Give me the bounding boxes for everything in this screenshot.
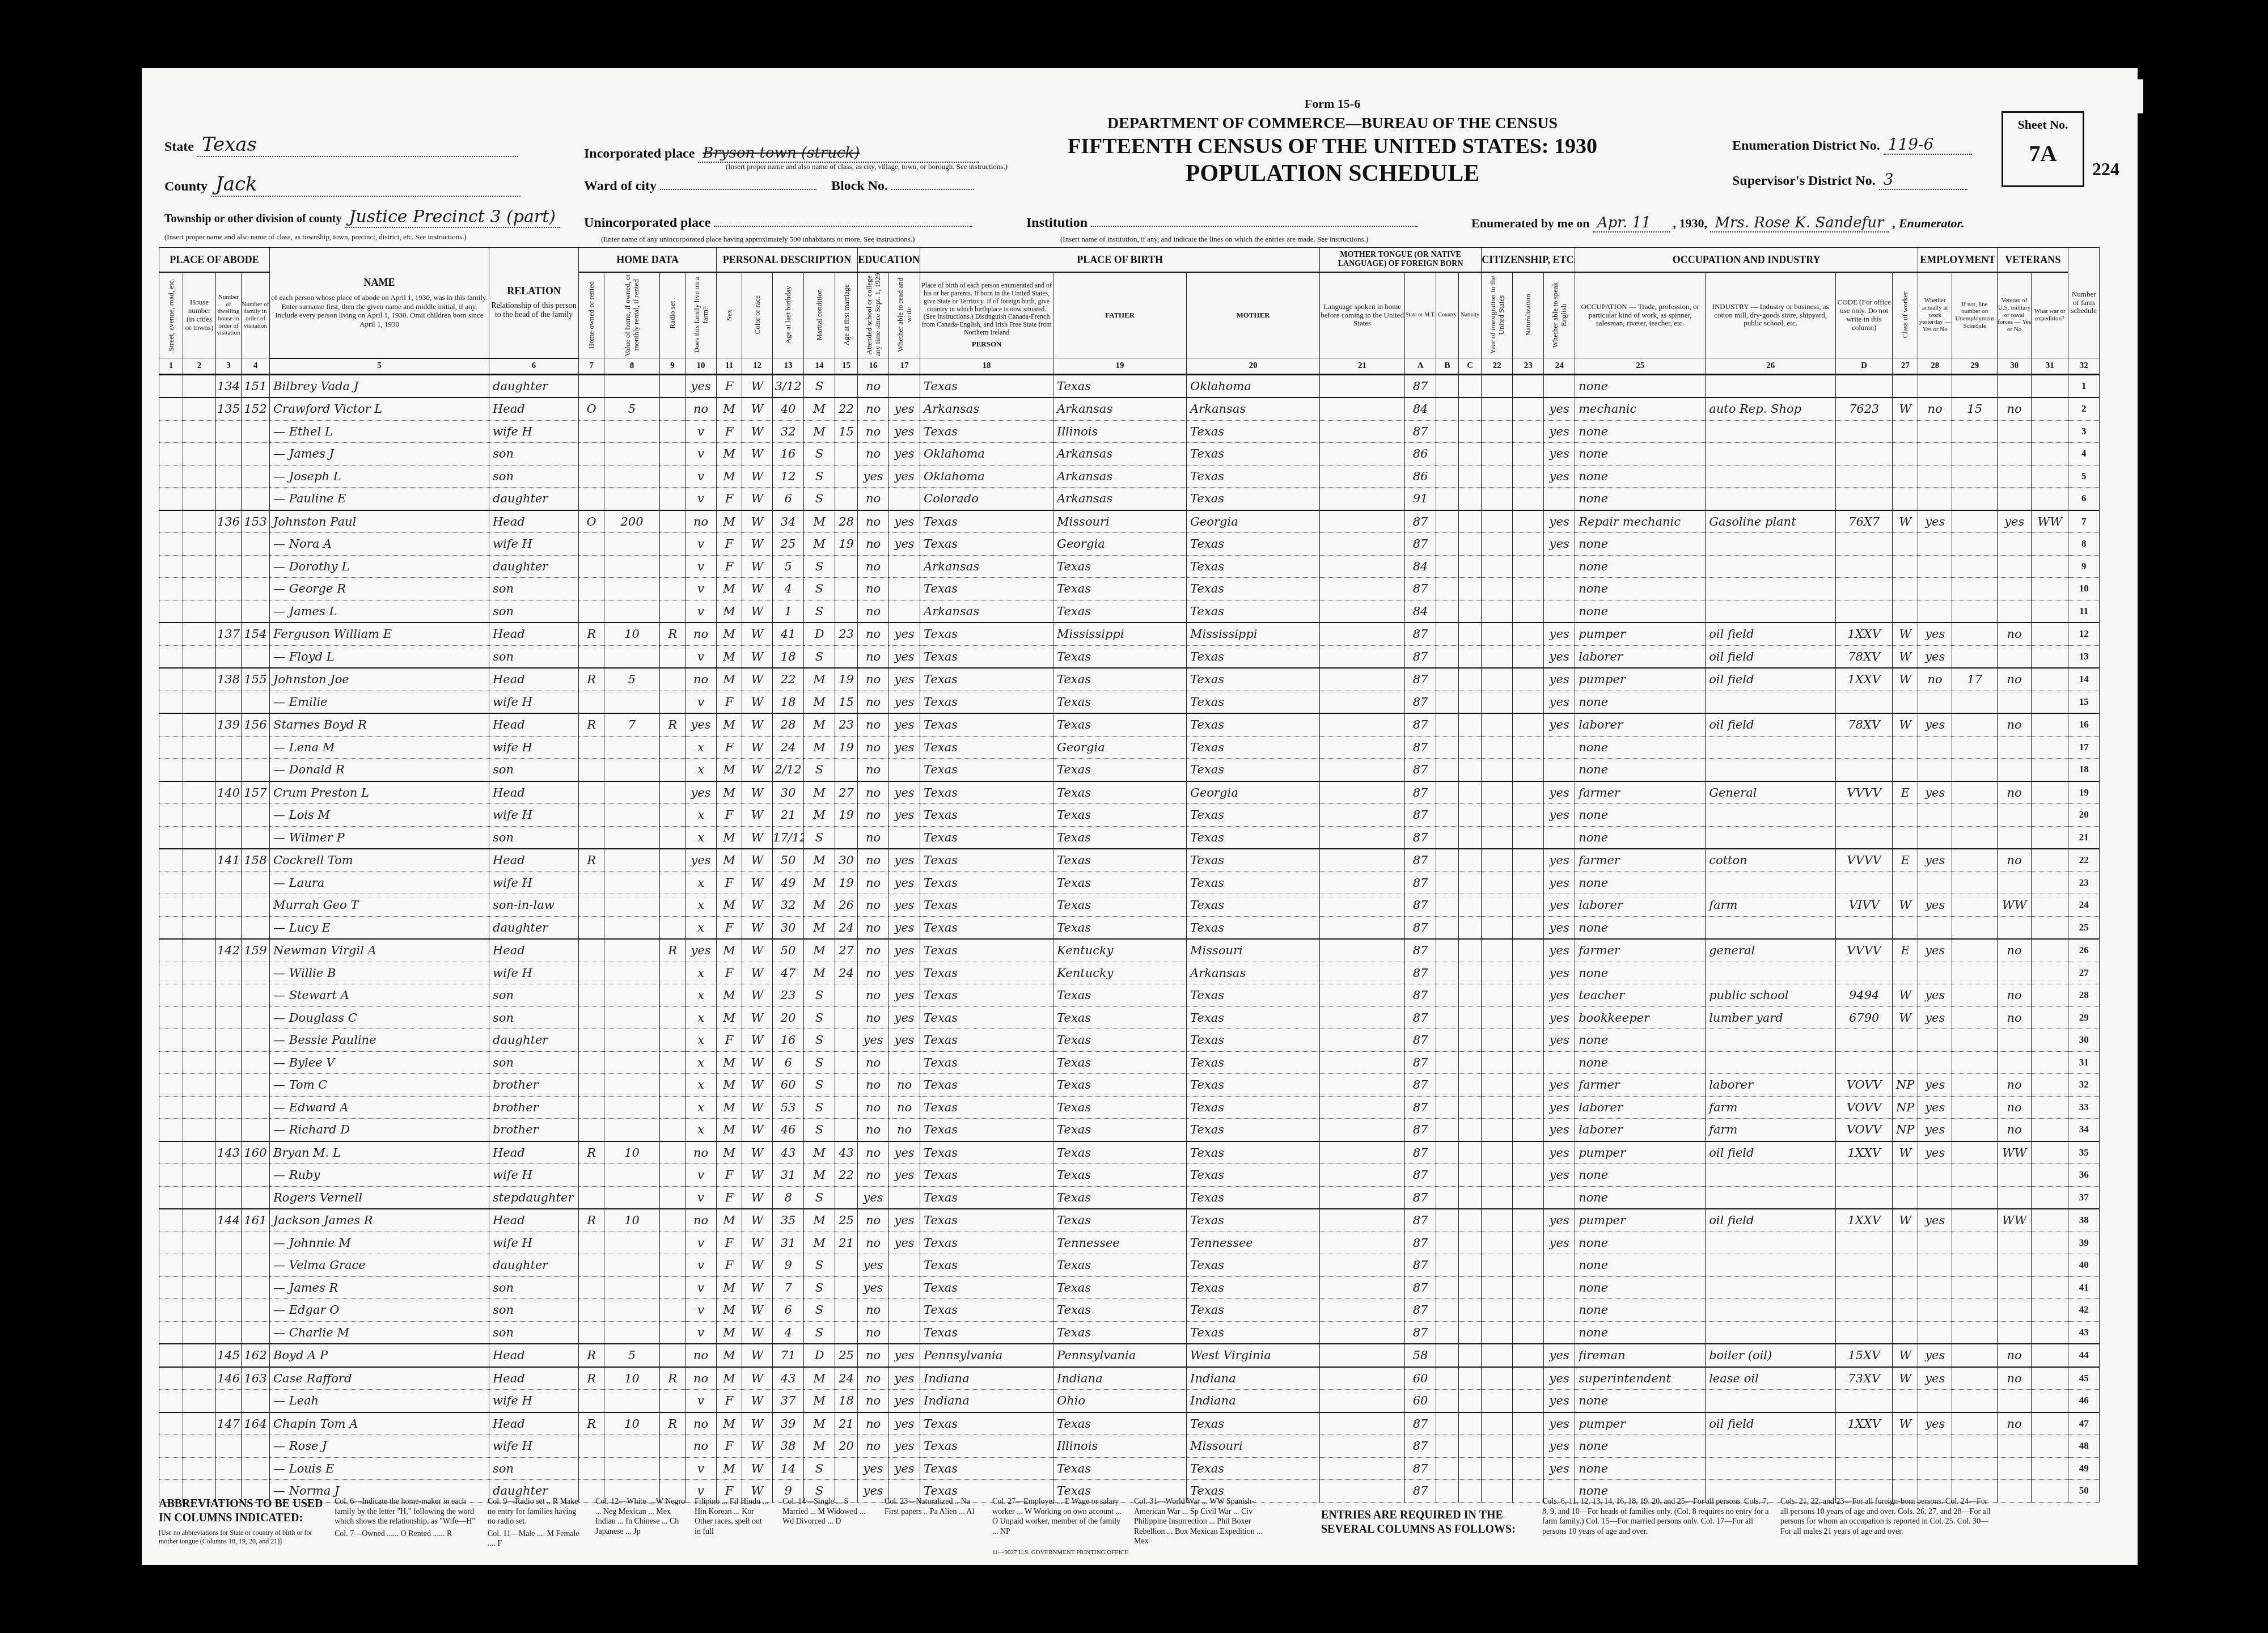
language-cell: [1320, 691, 1405, 713]
enumerated-date: Apr. 11: [1593, 214, 1670, 232]
dwelling-number-cell: [216, 488, 242, 510]
nativity-code-cell: [1459, 397, 1482, 420]
line-number-cell: 17: [2068, 736, 2100, 759]
dwelling-number-cell: 142: [216, 939, 242, 962]
birthplace-mother-cell: Texas: [1187, 600, 1320, 623]
house-number-cell: [183, 1074, 216, 1097]
unemployment-line-cell: [1952, 1299, 1998, 1322]
immigration-year-cell: [1482, 781, 1513, 804]
relation-cell: Head: [489, 713, 579, 736]
birthplace-mother-cell: Texas: [1187, 1412, 1320, 1435]
state-code-cell: 84: [1405, 600, 1436, 623]
farm-cell: v: [686, 1164, 717, 1187]
language-cell: [1320, 645, 1405, 668]
read-write-cell: [889, 578, 920, 600]
birthplace-father-cell: Texas: [1053, 1051, 1187, 1074]
birthplace-person-cell: Texas: [920, 713, 1053, 736]
street-cell: [159, 420, 183, 443]
col-age-first-marriage: Age at first marriage: [835, 272, 858, 358]
column-number: 3: [216, 358, 242, 375]
house-number-cell: [183, 1299, 216, 1322]
home-owned-cell: [579, 736, 604, 759]
nativity-code-cell: [1459, 759, 1482, 781]
house-number-cell: [183, 533, 216, 556]
industry-cell: [1706, 691, 1836, 713]
nativity-code-cell: [1459, 1232, 1482, 1254]
home-owned-cell: [579, 488, 604, 510]
speak-english-cell: yes: [1544, 1390, 1575, 1412]
war-cell: [2032, 713, 2068, 736]
unemployment-line-cell: [1952, 984, 1998, 1007]
marital-cell: M: [804, 962, 835, 984]
birthplace-mother-cell: Georgia: [1187, 781, 1320, 804]
street-cell: [159, 1299, 183, 1322]
table-row: — Pauline EdaughtervFW6SnoColoradoArkans…: [159, 488, 2100, 510]
language-cell: [1320, 1096, 1405, 1119]
occupation-code-cell: [1836, 533, 1893, 556]
nativity-code-cell: [1459, 1254, 1482, 1277]
age-first-marriage-cell: 23: [835, 623, 858, 645]
birthplace-mother-cell: Texas: [1187, 465, 1320, 488]
war-cell: [2032, 1164, 2068, 1187]
radio-cell: [660, 533, 686, 556]
naturalization-cell: [1513, 1074, 1544, 1097]
unemployment-line-cell: [1952, 1367, 1998, 1390]
farm-cell: x: [686, 962, 717, 984]
birthplace-father-cell: Illinois: [1053, 420, 1187, 443]
family-number-cell: 156: [242, 713, 270, 736]
occupation-cell: none: [1575, 555, 1706, 578]
state-code-cell: 58: [1405, 1344, 1436, 1367]
race-cell: W: [742, 939, 773, 962]
immigration-year-cell: [1482, 668, 1513, 691]
table-row: 137154Ferguson William EHeadR10RnoMW41D2…: [159, 623, 2100, 645]
home-value-cell: [604, 1232, 660, 1254]
state-code-cell: 87: [1405, 1299, 1436, 1322]
occupation-cell: none: [1575, 916, 1706, 939]
naturalization-cell: [1513, 1006, 1544, 1029]
immigration-year-cell: [1482, 1141, 1513, 1164]
school-cell: no: [858, 397, 889, 420]
age-cell: 60: [773, 1074, 804, 1097]
farm-cell: no: [686, 1412, 717, 1435]
race-cell: W: [742, 578, 773, 600]
read-write-cell: yes: [889, 623, 920, 645]
radio-cell: [660, 1051, 686, 1074]
birthplace-mother-cell: Texas: [1187, 533, 1320, 556]
birthplace-person-cell: Texas: [920, 1096, 1053, 1119]
marital-cell: S: [804, 488, 835, 510]
sex-cell: M: [717, 984, 742, 1007]
group-occupation: OCCUPATION AND INDUSTRY: [1575, 248, 1918, 273]
school-cell: no: [858, 984, 889, 1007]
at-work-cell: [1918, 488, 1952, 510]
family-number-cell: [242, 645, 270, 668]
age-cell: 18: [773, 645, 804, 668]
country-code-cell: [1436, 849, 1459, 872]
veteran-cell: [1998, 555, 2032, 578]
occupation-cell: laborer: [1575, 1096, 1706, 1119]
sex-cell: M: [717, 397, 742, 420]
street-cell: [159, 1051, 183, 1074]
class-of-worker-cell: [1893, 916, 1918, 939]
birthplace-father-cell: Texas: [1053, 1096, 1187, 1119]
occupation-code-cell: 7623: [1836, 397, 1893, 420]
school-cell: no: [858, 759, 889, 781]
table-row: — Willie Bwife HxFW47M24noyesTexasKentuc…: [159, 962, 2100, 984]
race-cell: W: [742, 1186, 773, 1209]
birthplace-father-cell: Georgia: [1053, 533, 1187, 556]
line-number-cell: 33: [2068, 1096, 2100, 1119]
sex-cell: M: [717, 1276, 742, 1299]
country-code-cell: [1436, 894, 1459, 917]
at-work-cell: yes: [1918, 1074, 1952, 1097]
speak-english-cell: [1544, 374, 1575, 397]
state-code-cell: 87: [1405, 533, 1436, 556]
immigration-year-cell: [1482, 962, 1513, 984]
line-number-cell: 43: [2068, 1321, 2100, 1344]
person-name-cell: — Douglass C: [270, 1006, 489, 1029]
speak-english-cell: [1544, 1051, 1575, 1074]
birthplace-father-cell: Arkansas: [1053, 465, 1187, 488]
group-veterans: VETERANS: [1998, 248, 2068, 273]
school-cell: no: [858, 1367, 889, 1390]
industry-cell: [1706, 600, 1836, 623]
column-number: 10: [686, 358, 717, 375]
immigration-year-cell: [1482, 1209, 1513, 1232]
occupation-cell: none: [1575, 1299, 1706, 1322]
immigration-year-cell: [1482, 1029, 1513, 1052]
immigration-year-cell: [1482, 533, 1513, 556]
occupation-cell: pumper: [1575, 1412, 1706, 1435]
column-number: 19: [1053, 358, 1187, 375]
school-cell: no: [858, 1435, 889, 1458]
race-cell: W: [742, 1209, 773, 1232]
immigration-year-cell: [1482, 1412, 1513, 1435]
birthplace-mother-cell: Texas: [1187, 691, 1320, 713]
dwelling-number-cell: 136: [216, 510, 242, 533]
school-cell: yes: [858, 1186, 889, 1209]
veteran-cell: yes: [1998, 510, 2032, 533]
occupation-code-cell: [1836, 420, 1893, 443]
class-of-worker-cell: E: [1893, 939, 1918, 962]
street-cell: [159, 736, 183, 759]
marital-cell: M: [804, 1390, 835, 1412]
street-cell: [159, 962, 183, 984]
at-work-cell: [1918, 826, 1952, 849]
sex-cell: M: [717, 1457, 742, 1480]
table-row: 147164Chapin Tom AHeadR10RnoMW39M21noyes…: [159, 1412, 2100, 1435]
industry-cell: oil field: [1706, 1209, 1836, 1232]
immigration-year-cell: [1482, 736, 1513, 759]
marital-cell: S: [804, 759, 835, 781]
marital-cell: S: [804, 1254, 835, 1277]
war-cell: [2032, 1321, 2068, 1344]
school-cell: no: [858, 1390, 889, 1412]
birthplace-father-cell: Texas: [1053, 1254, 1187, 1277]
house-number-cell: [183, 691, 216, 713]
birthplace-father-cell: Texas: [1053, 691, 1187, 713]
naturalization-cell: [1513, 939, 1544, 962]
birthplace-mother-cell: Arkansas: [1187, 397, 1320, 420]
entries-block-2: Cols. 21, 22, and 23—For all foreign-bor…: [1780, 1497, 1996, 1537]
immigration-year-cell: [1482, 1344, 1513, 1367]
speak-english-cell: yes: [1544, 849, 1575, 872]
occupation-cell: none: [1575, 872, 1706, 894]
house-number-cell: [183, 1412, 216, 1435]
relation-cell: wife H: [489, 736, 579, 759]
family-number-cell: [242, 1096, 270, 1119]
unemployment-line-cell: [1952, 962, 1998, 984]
speak-english-cell: [1544, 1186, 1575, 1209]
person-name-cell: — Bylee V: [270, 1051, 489, 1074]
birthplace-person-cell: Arkansas: [920, 600, 1053, 623]
relation-heading: RELATION: [489, 285, 578, 297]
occupation-cell: farmer: [1575, 1074, 1706, 1097]
war-cell: [2032, 781, 2068, 804]
age-first-marriage-cell: 43: [835, 1141, 858, 1164]
unemployment-line-cell: [1952, 826, 1998, 849]
supervisor-district-value: 3: [1879, 170, 1967, 190]
farm-cell: v: [686, 533, 717, 556]
country-code-cell: [1436, 1186, 1459, 1209]
war-cell: [2032, 1029, 2068, 1052]
relation-cell: Head: [489, 1367, 579, 1390]
marital-cell: M: [804, 736, 835, 759]
family-number-cell: [242, 1186, 270, 1209]
marital-cell: D: [804, 1344, 835, 1367]
age-first-marriage-cell: [835, 555, 858, 578]
table-row: — Lena Mwife HxFW24M19noyesTexasGeorgiaT…: [159, 736, 2100, 759]
age-cell: 40: [773, 397, 804, 420]
radio-cell: [660, 488, 686, 510]
class-of-worker-cell: [1893, 1390, 1918, 1412]
age-cell: 16: [773, 443, 804, 466]
col31-note: Col. 31—World War ... WW Spanish-America…: [1134, 1497, 1270, 1547]
read-write-cell: [889, 1254, 920, 1277]
table-row: — Charlie MsonvMW4SnoTexasTexasTexas87no…: [159, 1321, 2100, 1344]
at-work-cell: [1918, 1276, 1952, 1299]
line-number-cell: 8: [2068, 533, 2100, 556]
occupation-code-cell: VVVV: [1836, 781, 1893, 804]
veteran-cell: no: [1998, 1074, 2032, 1097]
country-code-cell: [1436, 1119, 1459, 1141]
home-value-cell: [604, 759, 660, 781]
war-cell: [2032, 826, 2068, 849]
unemployment-line-cell: [1952, 1209, 1998, 1232]
nativity-code-cell: [1459, 420, 1482, 443]
county-label: County: [164, 179, 208, 194]
col-read-write: Whether able to read and write: [889, 272, 920, 358]
column-number-row: 123456789101112131415161718192021ABC2223…: [159, 358, 2100, 375]
birthplace-mother-cell: Texas: [1187, 759, 1320, 781]
speak-english-cell: yes: [1544, 781, 1575, 804]
entries-block-1: Cols. 6, 11, 12, 13, 14, 16, 18, 19, 20,…: [1542, 1497, 1769, 1537]
radio-cell: [660, 984, 686, 1007]
age-first-marriage-cell: [835, 465, 858, 488]
occupation-cell: none: [1575, 1051, 1706, 1074]
country-code-cell: [1436, 984, 1459, 1007]
nativity-code-cell: [1459, 1186, 1482, 1209]
relation-cell: brother: [489, 1119, 579, 1141]
line-number-cell: 28: [2068, 984, 2100, 1007]
country-code-cell: [1436, 1051, 1459, 1074]
country-code-cell: [1436, 781, 1459, 804]
dwelling-number-cell: 137: [216, 623, 242, 645]
family-number-cell: 162: [242, 1344, 270, 1367]
country-code-cell: [1436, 555, 1459, 578]
person-name-cell: — Dorothy L: [270, 555, 489, 578]
col-code-country: Country: [1436, 272, 1459, 358]
nativity-code-cell: [1459, 443, 1482, 466]
birthplace-mother-cell: Texas: [1187, 1254, 1320, 1277]
class-of-worker-cell: [1893, 465, 1918, 488]
line-number-cell: 46: [2068, 1390, 2100, 1412]
birthplace-father-cell: Indiana: [1053, 1367, 1187, 1390]
unemployment-line-cell: [1952, 849, 1998, 872]
dwelling-number-cell: [216, 1006, 242, 1029]
naturalization-cell: [1513, 1164, 1544, 1187]
occupation-code-cell: [1836, 1029, 1893, 1052]
township-field: Township or other division of county Jus…: [164, 207, 560, 228]
family-number-cell: [242, 1254, 270, 1277]
at-work-cell: [1918, 962, 1952, 984]
column-number: 13: [773, 358, 804, 375]
industry-cell: [1706, 1051, 1836, 1074]
table-row: Rogers VernellstepdaughtervFW8SyesTexasT…: [159, 1186, 2100, 1209]
relation-cell: daughter: [489, 555, 579, 578]
naturalization-cell: [1513, 488, 1544, 510]
read-write-cell: yes: [889, 1390, 920, 1412]
birthplace-father-cell: Texas: [1053, 759, 1187, 781]
speak-english-cell: yes: [1544, 691, 1575, 713]
radio-cell: [660, 374, 686, 397]
radio-cell: [660, 600, 686, 623]
house-number-cell: [183, 578, 216, 600]
speak-english-cell: yes: [1544, 668, 1575, 691]
race-cell: W: [742, 1276, 773, 1299]
class-of-worker-cell: [1893, 374, 1918, 397]
war-cell: [2032, 1232, 2068, 1254]
naturalization-cell: [1513, 533, 1544, 556]
nativity-code-cell: [1459, 555, 1482, 578]
footer-instructions: ABBREVIATIONS TO BE USED IN COLUMNS INDI…: [159, 1497, 2087, 1559]
industry-cell: oil field: [1706, 713, 1836, 736]
class-of-worker-cell: [1893, 1435, 1918, 1458]
class-of-worker-cell: W: [1893, 1209, 1918, 1232]
school-cell: no: [858, 443, 889, 466]
relation-cell: stepdaughter: [489, 1186, 579, 1209]
birthplace-person-cell: Texas: [920, 1276, 1053, 1299]
state-code-cell: 91: [1405, 488, 1436, 510]
street-cell: [159, 759, 183, 781]
home-value-cell: [604, 1276, 660, 1299]
school-cell: no: [858, 1074, 889, 1097]
class-of-worker-cell: NP: [1893, 1074, 1918, 1097]
race-cell: W: [742, 1321, 773, 1344]
country-code-cell: [1436, 1164, 1459, 1187]
birthplace-person-cell: Texas: [920, 872, 1053, 894]
birthplace-mother-cell: Texas: [1187, 736, 1320, 759]
age-cell: 7: [773, 1276, 804, 1299]
home-owned-cell: [579, 1457, 604, 1480]
age-cell: 47: [773, 962, 804, 984]
race-cell: W: [742, 894, 773, 917]
language-cell: [1320, 1412, 1405, 1435]
marital-cell: M: [804, 1209, 835, 1232]
nativity-code-cell: [1459, 510, 1482, 533]
radio-cell: [660, 1141, 686, 1164]
table-row: 146163Case RaffordHeadR10RnoMW43M24noyes…: [159, 1367, 2100, 1390]
street-cell: [159, 1390, 183, 1412]
entries-title-text: ENTRIES ARE REQUIRED IN THE SEVERAL COLU…: [1321, 1508, 1525, 1537]
house-number-cell: [183, 1029, 216, 1052]
sex-cell: F: [717, 804, 742, 827]
immigration-year-cell: [1482, 1299, 1513, 1322]
state-code-cell: 87: [1405, 1254, 1436, 1277]
column-number: 15: [835, 358, 858, 375]
race-cell: W: [742, 1412, 773, 1435]
state-code-cell: 87: [1405, 1186, 1436, 1209]
state-code-cell: 87: [1405, 1232, 1436, 1254]
county-value: Jack: [211, 173, 521, 197]
sex-cell: M: [717, 939, 742, 962]
birthplace-person-cell: Texas: [920, 1164, 1053, 1187]
column-number: 6: [489, 358, 579, 375]
farm-cell: v: [686, 555, 717, 578]
immigration-year-cell: [1482, 691, 1513, 713]
col9-text: Col. 9—Radio set .. R Make no entry for …: [488, 1497, 584, 1527]
immigration-year-cell: [1482, 1119, 1513, 1141]
column-number: 5: [270, 358, 489, 375]
sex-cell: M: [717, 713, 742, 736]
birthplace-person-cell: Texas: [920, 962, 1053, 984]
language-cell: [1320, 781, 1405, 804]
home-value-cell: 200: [604, 510, 660, 533]
person-name-cell: — Rose J: [270, 1435, 489, 1458]
street-cell: [159, 488, 183, 510]
column-number: 28: [1918, 358, 1952, 375]
marital-cell: S: [804, 645, 835, 668]
marital-cell: M: [804, 1412, 835, 1435]
speak-english-cell: yes: [1544, 1232, 1575, 1254]
home-owned-cell: [579, 578, 604, 600]
occupation-code-cell: [1836, 578, 1893, 600]
read-write-cell: yes: [889, 1344, 920, 1367]
age-cell: 5: [773, 555, 804, 578]
unemployment-line-cell: [1952, 1344, 1998, 1367]
birthplace-mother-cell: Mississippi: [1187, 623, 1320, 645]
home-owned-cell: [579, 1232, 604, 1254]
read-write-cell: no: [889, 1119, 920, 1141]
relation-cell: wife H: [489, 1390, 579, 1412]
sex-cell: M: [717, 1209, 742, 1232]
speak-english-cell: yes: [1544, 1141, 1575, 1164]
at-work-cell: [1918, 1299, 1952, 1322]
naturalization-cell: [1513, 691, 1544, 713]
family-number-cell: [242, 1435, 270, 1458]
line-number-cell: 3: [2068, 420, 2100, 443]
speak-english-cell: yes: [1544, 1029, 1575, 1052]
line-number-cell: 7: [2068, 510, 2100, 533]
family-number-cell: 155: [242, 668, 270, 691]
veteran-cell: [1998, 1276, 2032, 1299]
occupation-code-cell: [1836, 916, 1893, 939]
birthplace-father-cell: Texas: [1053, 1029, 1187, 1052]
sex-cell: F: [717, 488, 742, 510]
war-cell: [2032, 1186, 2068, 1209]
house-number-cell: [183, 1390, 216, 1412]
